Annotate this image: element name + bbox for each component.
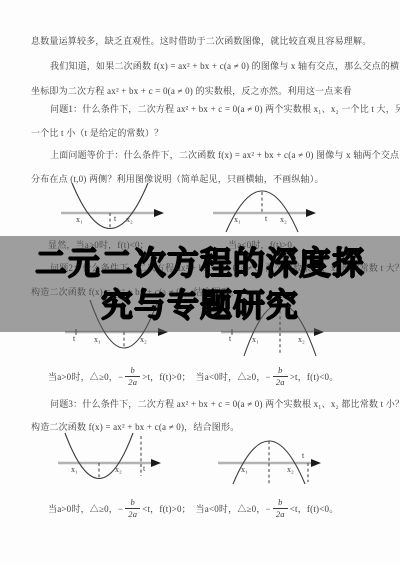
formula-text: >t，f(t)<0。 — [290, 370, 339, 383]
graph-label-t: t — [265, 215, 267, 223]
formula-text: >t，f(t)>0； 当a<0时，△≥0，− — [142, 370, 271, 383]
graph-label-x2: x₂ — [115, 466, 122, 474]
formula-text: <t，f(t)<0。 — [290, 502, 339, 515]
graph-label-t: t — [73, 335, 75, 343]
paragraph-line: 坐标即为二次方程 ax² + bx + c = 0(a ≠ 0) 的实数根，反之… — [31, 86, 352, 97]
formula-text: <t，f(t)>0； 当a<0时，△≥0，− — [142, 502, 271, 515]
fraction-b-over-2a: b 2a — [273, 366, 288, 386]
graph-label-x2: x₂ — [140, 336, 147, 344]
formula-text: 当a>0时，△≥0，− — [48, 370, 123, 383]
paragraph-line: 我们知道，如果二次函数 f(x) = ax² + bx + c(a ≠ 0) 的… — [50, 61, 399, 72]
paragraph-line: 上面问题等价于：什么条件下，二次函数 f(x) = ax² + bx + c(a… — [50, 150, 399, 161]
parabola-graph-q3-a-negative: x₁ x₂ t — [215, 432, 325, 493]
parabola-graph-q3-a-positive: x₁ x₂ t — [55, 432, 165, 493]
problem-3-line: 问题3：什么条件下，二次方程 ax² + bx + c = 0(a ≠ 0) 两… — [50, 399, 400, 410]
graph-label-t: t — [302, 452, 304, 460]
graph-label-x2: x₂ — [280, 216, 287, 224]
conclusion-q3: 当a>0时，△≥0，− b 2a <t，f(t)>0； 当a<0时，△≥0，− … — [48, 494, 338, 522]
graph-label-x1: x₁ — [76, 216, 83, 224]
graph-label-x1: x₁ — [71, 466, 78, 474]
overlay-title-line1: 二元二次方程的深度探 — [35, 242, 365, 284]
paragraph-line: 息数量运算较多，缺乏直观性。这时借助于二次函数图像，就比较直观且容易理解。 — [31, 36, 371, 47]
formula-text: 当a>0时，△≥0，− — [48, 502, 123, 515]
scanned-math-document-page: 息数量运算较多，缺乏直观性。这时借助于二次函数图像，就比较直观且容易理解。 我们… — [0, 0, 400, 565]
fraction-b-over-2a: b 2a — [125, 366, 140, 386]
graph-label-t: t — [143, 465, 145, 473]
fraction-b-over-2a: b 2a — [273, 498, 288, 518]
graph-label-x2: x₂ — [126, 216, 133, 224]
graph-label-x1: x₁ — [94, 336, 101, 344]
graph-label-t: t — [114, 215, 116, 223]
graph-label-x2: x₂ — [287, 466, 294, 474]
graph-label-x1: x₁ — [252, 336, 259, 344]
graph-label-x2: x₂ — [298, 336, 305, 344]
conclusion-q2: 当a>0时，△≥0，− b 2a >t，f(t)>0； 当a<0时，△≥0，− … — [48, 362, 338, 390]
problem-1-line: 一个比 t 小（t 是给定的常数）？ — [31, 128, 163, 139]
graph-label-x1: x₁ — [234, 216, 241, 224]
parabola-graph-q1-a-negative: x₁ t x₂ — [210, 182, 320, 239]
watermark-overlay-band: 二元二次方程的深度探 究与专题研究 — [0, 236, 400, 332]
fraction-b-over-2a: b 2a — [125, 498, 140, 518]
graph-label-x1: x₁ — [241, 466, 248, 474]
parabola-graph-q1-a-positive: x₁ t x₂ — [58, 182, 168, 239]
problem-1-line: 问题1：什么条件下，二次方程 ax² + bx + c = 0(a ≠ 0) 两… — [50, 104, 400, 115]
overlay-title-line2: 究与专题研究 — [101, 284, 299, 326]
graph-label-t: t — [229, 335, 231, 343]
